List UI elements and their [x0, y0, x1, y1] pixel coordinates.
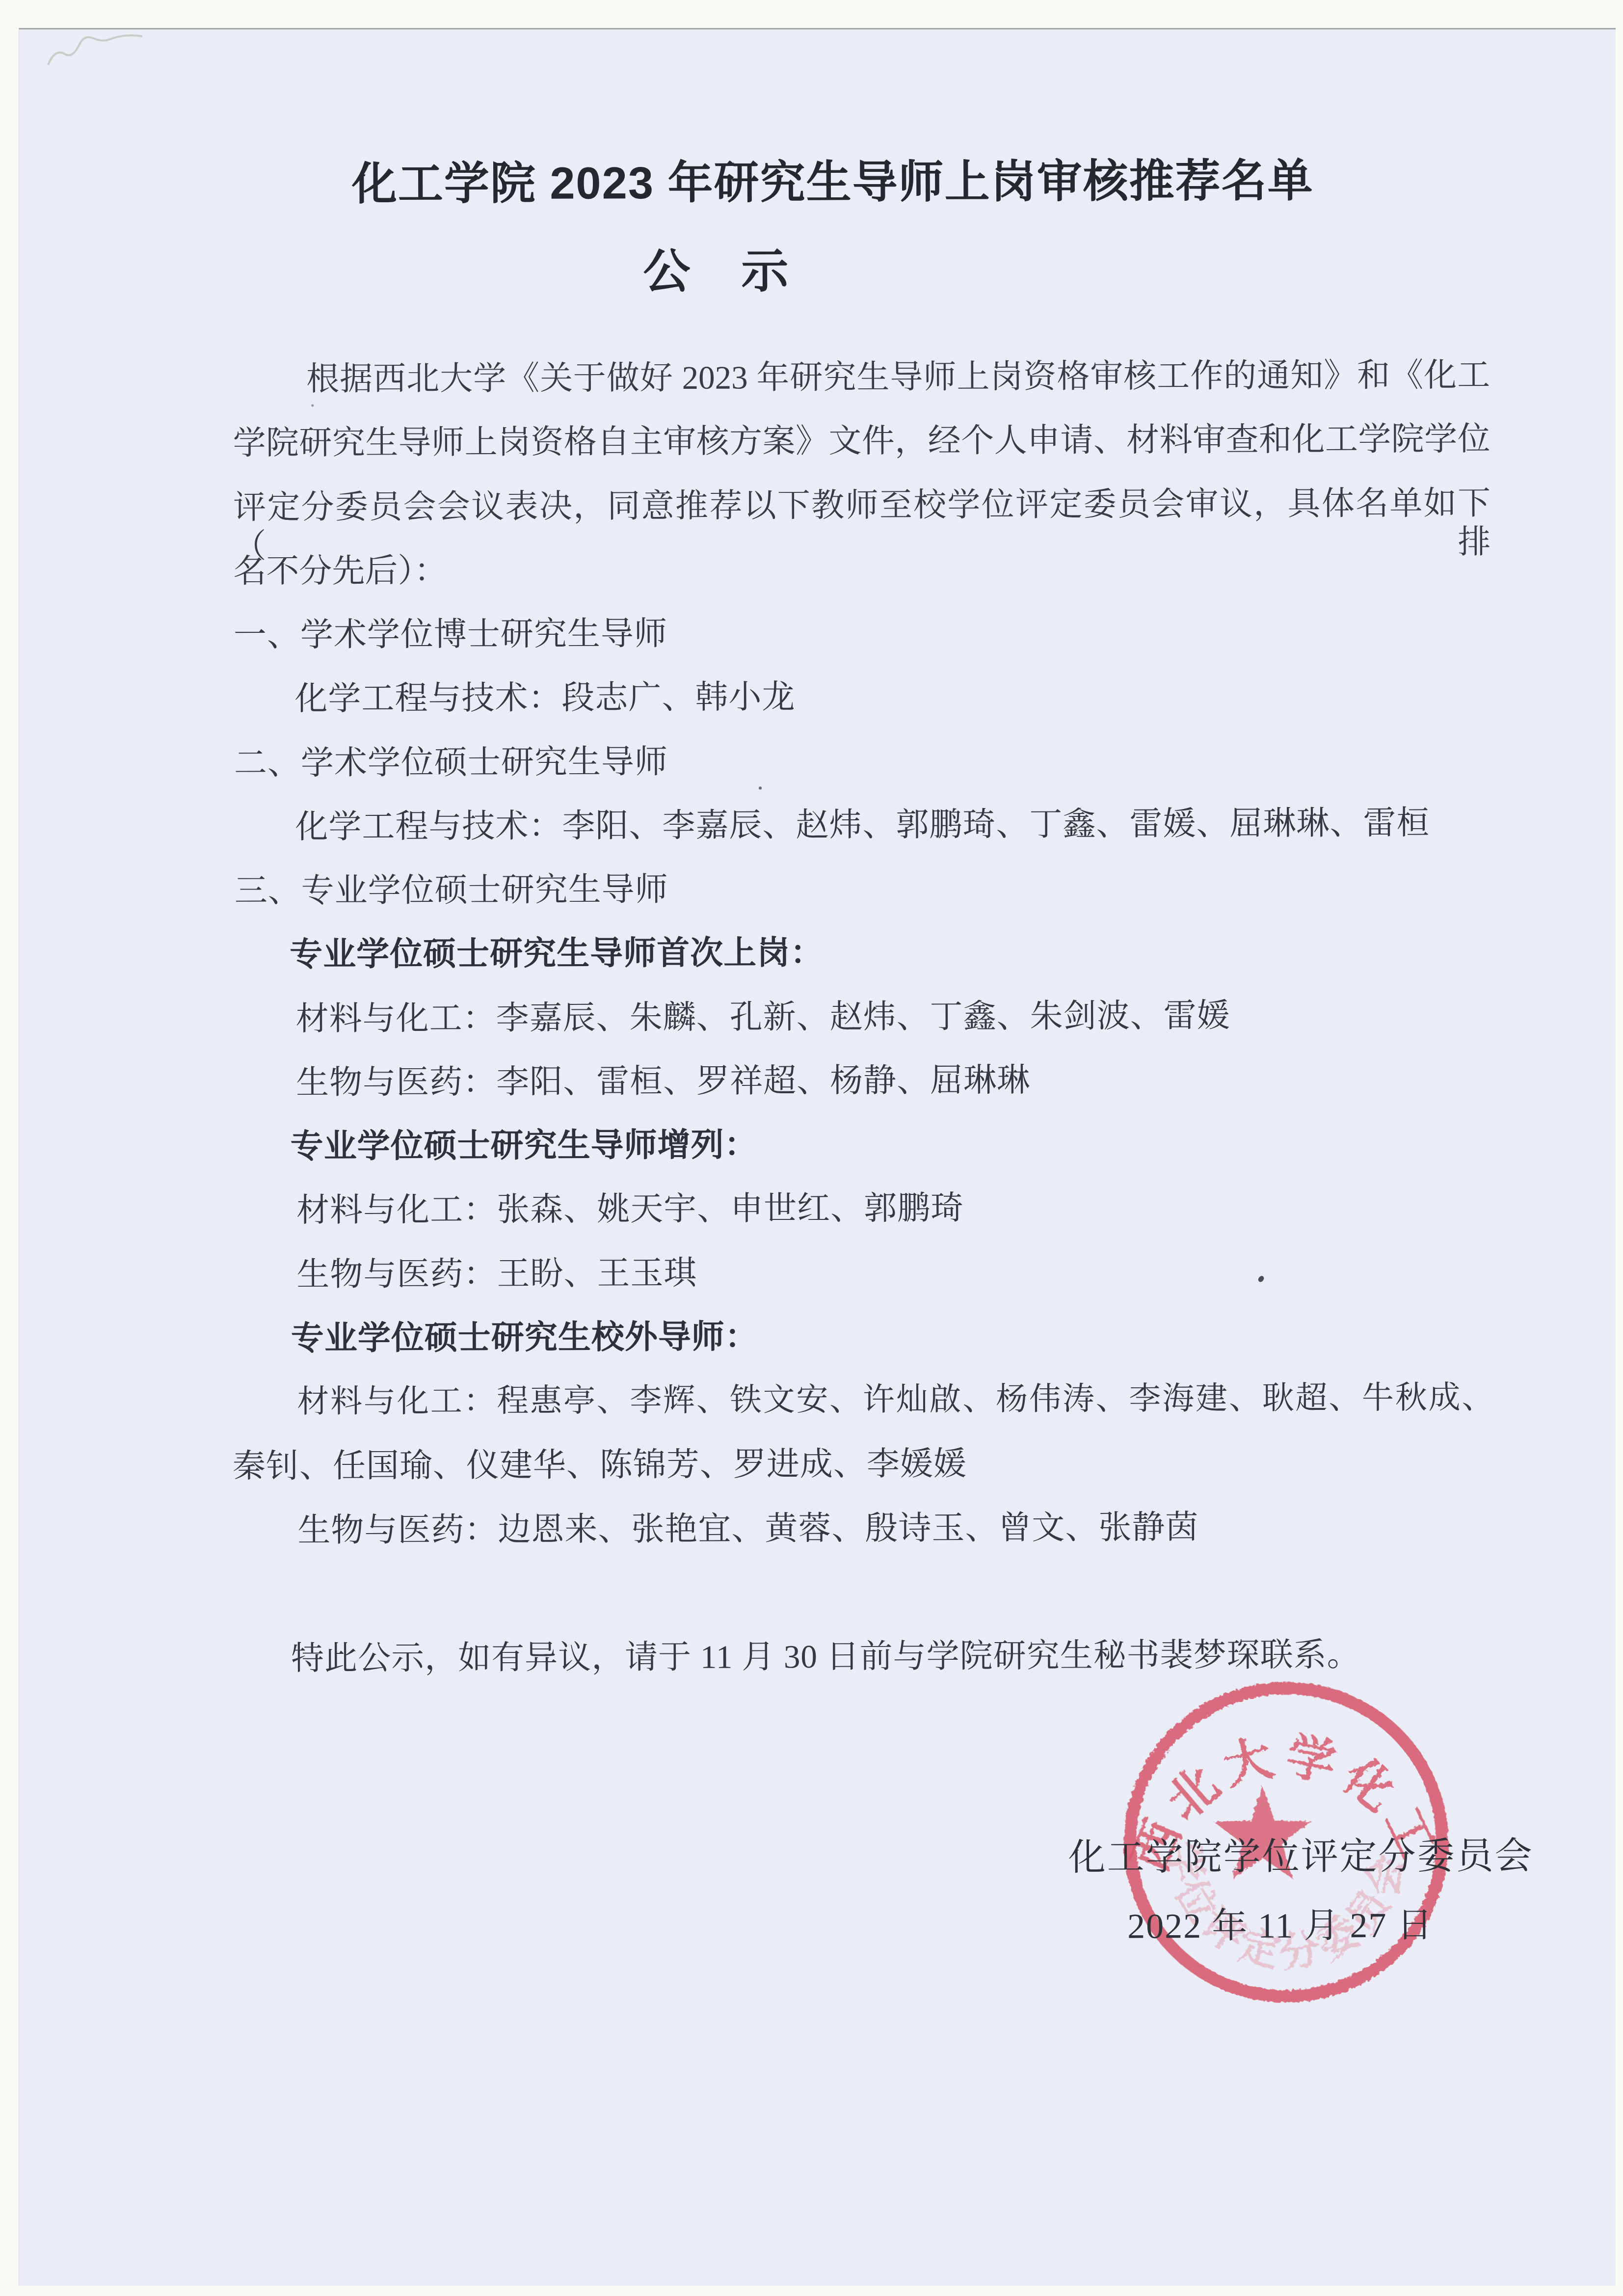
external-heading: 专业学位硕士研究生校外导师：	[291, 1318, 758, 1358]
document-content: 化工学院 2023 年研究生导师上岗审核推荐名单 公 示 根据西北大学《关于做好…	[0, 0, 1623, 2296]
external-bio: 生物与医药：边恩来、张艳宜、黄蓉、殷诗玉、曾文、张静茵	[297, 1508, 1198, 1550]
added-bio: 生物与医药：王盼、王玉琪	[296, 1254, 697, 1295]
section1-list: 化学工程与技术：段志广、韩小龙	[294, 678, 795, 719]
scan-speck	[759, 786, 762, 789]
external-materials-line2: 秦钊、任国瑜、仪建华、陈锦芳、罗进成、李媛媛	[233, 1445, 967, 1486]
scan-speck	[1257, 1275, 1265, 1283]
section3-heading: 三、专业学位硕士研究生导师	[235, 870, 668, 911]
scan-speck	[311, 405, 314, 407]
section2-heading: 二、学术学位硕士研究生导师	[234, 743, 668, 783]
first-post-heading: 专业学位硕士研究生导师首次上岗：	[290, 934, 824, 974]
paragraph-line-1: 根据西北大学《关于做好 2023 年研究生导师上岗资格审核工作的通知》和《化工	[233, 356, 1490, 399]
first-post-bio: 生物与医药：李阳、雷桓、罗祥超、杨静、屈琳琳	[296, 1061, 1030, 1102]
closing-statement: 特此公示，如有异议，请于 11 月 30 日前与学院研究生秘书裴梦琛联系。	[291, 1636, 1360, 1678]
external-materials-line1: 材料与化工：程惠亭、李辉、铁文安、许灿啟、杨伟涛、李海建、耿超、牛秋成、	[297, 1379, 1493, 1421]
page-subtitle: 公 示	[643, 243, 790, 299]
scan-artifact-squiggle	[39, 29, 167, 93]
issuer-signature: 化工学院学位评定分委员会	[1068, 1835, 1534, 1880]
section1-heading: 一、学术学位博士研究生导师	[234, 615, 667, 655]
issue-date: 2022 年 11 月 27 日	[1127, 1905, 1434, 1947]
added-heading: 专业学位硕士研究生导师增列：	[290, 1126, 757, 1166]
paragraph-line-4: 名不分先后）：	[233, 552, 447, 592]
first-post-materials: 材料与化工：李嘉辰、朱麟、孔新、赵炜、丁鑫、朱剑波、雷媛	[296, 997, 1230, 1039]
page-title: 化工学院 2023 年研究生导师上岗审核推荐名单	[352, 154, 1314, 211]
section2-list: 化学工程与技术：李阳、李嘉辰、赵炜、郭鹏琦、丁鑫、雷媛、屈琳琳、雷桓	[295, 804, 1430, 847]
paragraph-line-2: 学院研究生导师上岗资格自主审核方案》文件，经个人申请、材料审查和化工学院学位	[233, 420, 1490, 463]
added-materials: 材料与化工：张森、姚天宇、申世红、郭鹏琦	[296, 1189, 964, 1230]
